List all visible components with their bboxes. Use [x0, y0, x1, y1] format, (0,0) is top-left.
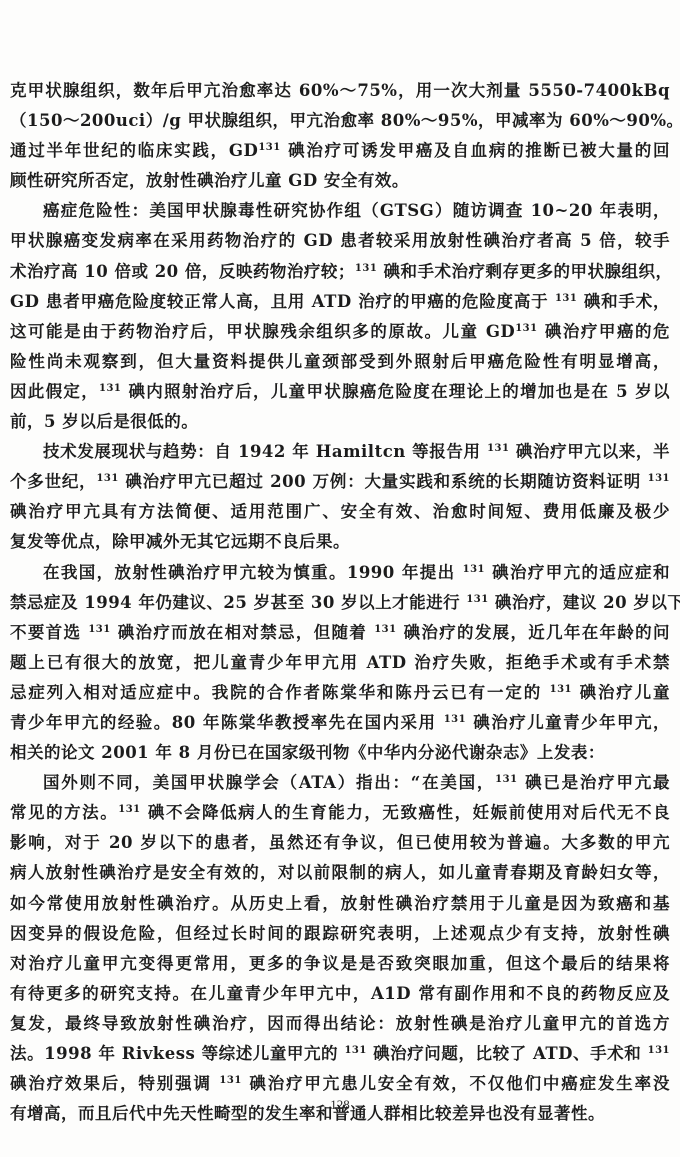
text-line: 相关的论文 2001 年 8 月份已在国家级刊物《中华内分泌代谢杂志》上发表： [10, 738, 670, 768]
isotope-superscript: 131 [515, 323, 537, 334]
text-line: 顾性研究所否定，放射性碘治疗儿童 GD 安全有效。 [10, 166, 670, 196]
isotope-superscript: 131 [118, 804, 140, 815]
isotope-superscript: 131 [219, 1075, 241, 1086]
isotope-superscript: 131 [466, 594, 488, 605]
text-line: 忌症列入相对适应症中。我院的合作者陈棠华和陈丹云已有一定的 131 碘治疗儿童 [10, 678, 670, 708]
isotope-superscript: 131 [495, 774, 517, 785]
text-line: 在我国，放射性碘治疗甲亢较为慎重。1990 年提出 131 碘治疗甲亢的适应症和 [10, 558, 670, 588]
text-line: 影响，对于 20 岁以下的患者，虽然还有争议，但已使用较为普遍。大多数的甲亢 [10, 828, 670, 858]
text-line: （150～200uci）/g 甲状腺组织，甲亢治愈率 80%～95%，甲减率为 … [10, 106, 670, 136]
text-line: 复发等优点，除甲减外无其它远期不良后果。 [10, 527, 670, 557]
paragraph: 国外则不同，美国甲状腺学会（ATA）指出：“在美国，131 碘已是治疗甲亢最常见… [10, 768, 670, 1129]
isotope-superscript: 131 [88, 624, 110, 635]
text-line: 禁忌症及 1994 年仍建议、25 岁甚至 30 岁以上才能进行 131 碘治疗… [10, 588, 670, 618]
page-number: 128 [0, 1097, 680, 1113]
text-line: 有待更多的研究支持。在儿童青少年甲亢中，A1D 常有副作用和不良的药物反应及 [10, 979, 670, 1009]
text-line: 碘治疗效果后，特别强调 131 碘治疗甲亢患儿安全有效，不仅他们中癌症发生率没 [10, 1069, 670, 1099]
paragraph: 癌症危险性：美国甲状腺毒性研究协作组（GTSG）随访调查 10~20 年表明，甲… [10, 196, 670, 437]
isotope-superscript: 131 [648, 1045, 670, 1056]
isotope-superscript: 131 [374, 624, 396, 635]
text-line: 通过半年世纪的临床实践，GD131 碘治疗可诱发甲癌及自血病的推断已被大量的回 [10, 136, 670, 166]
text-line: 险性尚未观察到，但大量资料提供儿童颈部受到外照射后甲癌危险性有明显增高， [10, 347, 670, 377]
isotope-superscript: 131 [258, 142, 280, 153]
isotope-superscript: 131 [344, 1045, 366, 1056]
text-line: 克甲状腺组织，数年后甲亢治愈率达 60%～75%，用一次大剂量 5550-740… [10, 76, 670, 106]
text-line: 技术发展现状与趋势：自 1942 年 Hamiltcn 等报告用 131 碘治疗… [10, 437, 670, 467]
isotope-superscript: 131 [555, 293, 577, 304]
isotope-superscript: 131 [463, 564, 485, 575]
text-line: 因变异的假设危险，但经过长时间的跟踪研究表明，上述观点少有支持，放射性碘 [10, 919, 670, 949]
text-line: 因此假定，131 碘内照射治疗后，儿童甲状腺癌危险度在理论上的增加也是在 5 岁… [10, 377, 670, 407]
isotope-superscript: 131 [550, 684, 572, 695]
isotope-superscript: 131 [444, 714, 466, 725]
text-line: 这可能是由于药物治疗后，甲状腺残余组织多的原故。儿童 GD131 碘治疗甲癌的危 [10, 317, 670, 347]
text-line: 不要首选 131 碘治疗而放在相对禁忌，但随着 131 碘治疗的发展，近几年在年… [10, 618, 670, 648]
isotope-superscript: 131 [96, 473, 118, 484]
text-line: 题上已有很大的放宽，把儿童青少年甲亢用 ATD 治疗失败，拒绝手术或有手术禁 [10, 648, 670, 678]
text-line: 对治疗儿童甲亢变得更常用，更多的争议是是否致突眼加重，但这个最后的结果将 [10, 949, 670, 979]
text-line: 复发，最终导致放射性碘治疗，因而得出结论：放射性碘是治疗儿童甲亢的首选方 [10, 1009, 670, 1039]
text-line: 癌症危险性：美国甲状腺毒性研究协作组（GTSG）随访调查 10~20 年表明， [10, 196, 670, 226]
isotope-superscript: 131 [648, 473, 670, 484]
isotope-superscript: 131 [487, 443, 509, 454]
text-line: 法。1998 年 Rivkess 等综述儿童甲亢的 131 碘治疗问题，比较了 … [10, 1039, 670, 1069]
text-line: 术治疗高 10 倍或 20 倍，反映药物治疗较；131 碘和手术治疗剩存更多的甲… [10, 257, 670, 287]
isotope-superscript: 131 [355, 263, 377, 274]
text-line: 碘治疗甲亢具有方法简便、适用范围广、安全有效、治愈时间短、费用低廉及极少 [10, 497, 670, 527]
text-line: 国外则不同，美国甲状腺学会（ATA）指出：“在美国，131 碘已是治疗甲亢最 [10, 768, 670, 798]
text-line: 病人放射性碘治疗是安全有效的，对以前限制的病人，如儿童青春期及育龄妇女等， [10, 858, 670, 888]
text-line: 青少年甲亢的经验。80 年陈棠华教授率先在国内采用 131 碘治疗儿童青少年甲亢… [10, 708, 670, 738]
paragraph: 克甲状腺组织，数年后甲亢治愈率达 60%～75%，用一次大剂量 5550-740… [10, 76, 670, 196]
text-line: 个多世纪，131 碘治疗甲亢已超过 200 万例：大量实践和系统的长期随访资料证… [10, 467, 670, 497]
text-line: 如今常使用放射性碘治疗。从历史上看，放射性碘治疗禁用于儿童是因为致癌和基 [10, 889, 670, 919]
paragraph: 在我国，放射性碘治疗甲亢较为慎重。1990 年提出 131 碘治疗甲亢的适应症和… [10, 558, 670, 769]
text-line: 常见的方法。131 碘不会降低病人的生育能力，无致癌性，妊娠前使用对后代无不良 [10, 798, 670, 828]
text-line: 甲状腺癌变发病率在采用药物治疗的 GD 患者较采用放射性碘治疗者高 5 倍，较手 [10, 226, 670, 256]
document-body: 克甲状腺组织，数年后甲亢治愈率达 60%～75%，用一次大剂量 5550-740… [10, 76, 670, 1129]
text-line: GD 患者甲癌危险度较正常人高，且用 ATD 治疗的甲癌的危险度高于 131 碘… [10, 287, 670, 317]
paragraph: 技术发展现状与趋势：自 1942 年 Hamiltcn 等报告用 131 碘治疗… [10, 437, 670, 557]
isotope-superscript: 131 [99, 383, 121, 394]
text-line: 前，5 岁以后是很低的。 [10, 407, 670, 437]
